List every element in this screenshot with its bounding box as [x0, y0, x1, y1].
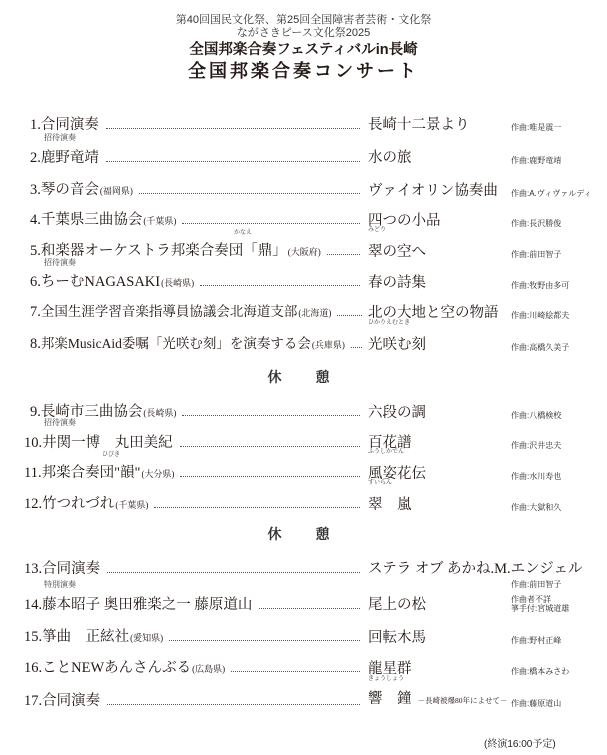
- performer: 合同演奏: [42, 692, 100, 710]
- prefecture: (広島県): [192, 660, 225, 678]
- program-item: 12.竹つれづれ(千葉県) すいらん 翠 嵐 作曲:大獄和久: [30, 490, 607, 514]
- performer: 邦楽合奏団"韻": [42, 464, 141, 482]
- dotted-leader: [182, 222, 360, 224]
- performer: ちーむNAGASAKI: [41, 273, 160, 291]
- composer: 作曲:藤原道山: [511, 699, 561, 709]
- performance-type-tag: 招待演奏: [44, 133, 76, 142]
- program-item: 招待演奏 6.ちーむNAGASAKI(長崎県) 春の詩集 作曲:牧野由多可: [30, 268, 607, 292]
- piece-title: 尾上の松: [368, 596, 426, 614]
- program-item: 4.千葉県三曲協会(千葉県) 四つの小品 作曲:長沢勝俊: [30, 206, 607, 230]
- program-item: 招待演奏 10.井関一博 丸田美紀 百花譜 作曲:沢井忠夫: [30, 428, 607, 452]
- dotted-leader: [107, 703, 360, 705]
- composer: 作曲:前田智子: [511, 250, 561, 260]
- performer-ruby: かなえ: [234, 229, 252, 238]
- prefecture: (千葉県): [115, 496, 148, 514]
- item-number: 14.: [24, 596, 42, 614]
- piece-title: ヴァイオリン協奏曲: [368, 182, 498, 200]
- composer: 作曲:A.ヴィヴァルディ: [511, 189, 592, 199]
- item-number: 16.: [24, 659, 42, 677]
- piece-title: 春の詩集: [368, 274, 426, 292]
- performer: 鹿野竜靖: [41, 149, 99, 167]
- program-list: 1.合同演奏 長崎十二景より 作曲:唯是震一 招待演奏 2.鹿野竜靖 水の旅 作…: [0, 0, 607, 755]
- composer: 作曲:川崎絵都夫: [511, 311, 569, 321]
- piece-title-main: 響 鐘: [368, 691, 412, 707]
- item-number: 15.: [24, 628, 42, 646]
- piece-title: 回転木馬: [368, 629, 426, 647]
- prefecture: (兵庫県): [312, 336, 345, 354]
- program-item: 16.ことNEWあんさんぶる(広島県) 龍星群 作曲:橋本みさわ: [30, 654, 607, 678]
- prefecture: (大阪府): [288, 243, 321, 261]
- item-number: 4.: [30, 211, 41, 229]
- program-item: 15.箏曲 正絃社(愛知県) 回転木馬 作曲:野村正峰: [30, 623, 607, 647]
- composer: 作曲:大獄和久: [511, 503, 561, 513]
- dotted-leader: [337, 314, 362, 316]
- item-number: 1.: [30, 116, 41, 134]
- item-number: 9.: [30, 403, 41, 421]
- dotted-leader: [139, 192, 360, 194]
- item-number: 10.: [24, 434, 42, 452]
- performer: 全国生涯学習音楽指導員協議会北海道支部: [41, 303, 298, 321]
- item-number: 5.: [30, 242, 41, 260]
- arranger: 箏手付:宮城道雄: [511, 604, 569, 613]
- composer: 作曲:沢井忠夫: [511, 441, 561, 451]
- composer: 作曲:高橋久美子: [511, 343, 569, 353]
- item-number: 2.: [30, 149, 41, 167]
- performer: 邦楽MusicAid委嘱「光咲む刻」を演奏する会: [41, 335, 311, 353]
- program-item: 3.琴の音会(福岡県) ヴァイオリン協奏曲 作曲:A.ヴィヴァルディ: [30, 176, 607, 200]
- performer-ruby: ひびき: [102, 451, 120, 460]
- prefecture: (長崎県): [161, 274, 194, 292]
- program-item: 特別演奏 14.藤本昭子 奥田雅楽之一 藤原道山 尾上の松 作曲者不詳 箏手付:…: [30, 590, 607, 614]
- intermission-label: 休 憩: [0, 367, 607, 387]
- performer: 千葉県三曲協会: [41, 211, 143, 229]
- piece-title: 水の旅: [368, 149, 412, 167]
- dotted-leader: [107, 571, 360, 573]
- dotted-leader: [106, 127, 360, 129]
- dotted-leader: [351, 346, 362, 348]
- performer: 竹つれづれ: [42, 495, 114, 513]
- prefecture: (大分県): [141, 465, 174, 483]
- composer: 作曲:水川寿也: [511, 472, 561, 482]
- performance-type-tag: 招待演奏: [44, 258, 76, 267]
- piece-title: 翠の空へ: [368, 243, 426, 261]
- performer: 合同演奏: [42, 560, 100, 578]
- dotted-leader: [106, 160, 360, 162]
- prefecture: (愛知県): [130, 629, 163, 647]
- dotted-leader: [180, 445, 360, 447]
- program-item: 17.合同演奏 きょうしょう 響 鐘－長崎被爆80年によせて－ 作曲:藤原道山: [30, 686, 607, 710]
- dotted-leader: [259, 607, 360, 609]
- performance-type-tag: 招待演奏: [44, 418, 76, 427]
- performer: 箏曲 正絃社: [42, 628, 129, 646]
- piece-title: 長崎十二景より: [368, 116, 470, 134]
- performer: ことNEWあんさんぶる: [42, 659, 191, 677]
- performer: 合同演奏: [41, 116, 99, 134]
- item-number: 7.: [30, 303, 41, 321]
- program-item: 9.長崎市三曲協会(長崎県) 六段の調 作曲:八橋検校: [30, 398, 607, 422]
- item-number: 3.: [30, 181, 41, 199]
- prefecture: (千葉県): [143, 212, 176, 230]
- piece-title: 響 鐘－長崎被爆80年によせて－: [368, 690, 508, 710]
- dotted-leader: [327, 253, 360, 255]
- dotted-leader: [154, 506, 360, 508]
- prefecture: (長崎県): [143, 404, 176, 422]
- performer: 和楽器オーケストラ邦楽合奏団「鼎」: [41, 242, 287, 260]
- item-number: 17.: [24, 692, 42, 710]
- program-item: 1.合同演奏 長崎十二景より 作曲:唯是震一: [30, 110, 607, 134]
- dotted-leader: [231, 670, 360, 672]
- composer: 作曲:八橋検校: [511, 411, 561, 421]
- prefecture: (福岡県): [100, 182, 133, 200]
- item-number: 8.: [30, 335, 41, 353]
- title-ruby: みどり: [368, 227, 386, 234]
- performance-type-tag: 特別演奏: [44, 580, 76, 589]
- prefecture: (北海道): [298, 304, 331, 322]
- dotted-leader: [169, 639, 360, 641]
- composer: 作曲:橋本みさわ: [511, 667, 569, 677]
- dotted-leader: [180, 475, 360, 477]
- end-time-note: (終演16:00予定): [484, 735, 556, 750]
- composer: 作曲:唯是震一: [511, 123, 561, 133]
- composer: 作曲:長沢勝俊: [511, 219, 561, 229]
- performer: 井関一博 丸田美紀: [42, 434, 173, 452]
- program-item: 8.邦楽MusicAid委嘱「光咲む刻」を演奏する会(兵庫県) ひかりえむとき …: [30, 330, 607, 354]
- program-item: 招待演奏 2.鹿野竜靖 水の旅 作曲:鹿野竜靖: [30, 143, 607, 167]
- program-item: 13.合同演奏 ステラ オブ あかね.M.エンジェル 作曲:前田智子: [30, 554, 607, 578]
- composer: 作曲:前田智子: [511, 580, 561, 590]
- piece-title: ステラ オブ あかね.M.エンジェル: [368, 560, 583, 578]
- performer: 琴の音会: [41, 181, 99, 199]
- title-ruby: ひかりえむとき: [368, 320, 410, 327]
- performer: 藤本昭子 奥田雅楽之一 藤原道山: [42, 596, 252, 614]
- item-number: 12.: [24, 495, 42, 513]
- intermission-label: 休 憩: [0, 524, 607, 544]
- title-ruby: すいらん: [368, 480, 392, 487]
- item-number: 13.: [24, 560, 42, 578]
- program-item: ひびき 11.邦楽合奏団"韻"(大分県) ふうしかでん 風姿花伝 作曲:水川寿也: [30, 459, 607, 483]
- title-ruby: ふうしかでん: [368, 449, 404, 456]
- piece-subtitle: －長崎被爆80年によせて－: [418, 696, 508, 705]
- composer: 作曲:鹿野竜靖: [511, 156, 561, 166]
- item-number: 6.: [30, 273, 41, 291]
- item-number: 11.: [24, 464, 42, 482]
- program-item: かなえ 5.和楽器オーケストラ邦楽合奏団「鼎」(大阪府) みどり 翠の空へ 作曲…: [30, 237, 607, 261]
- composer: 作曲:牧野由多可: [511, 281, 569, 291]
- composer: 作曲:野村正峰: [511, 636, 561, 646]
- dotted-leader: [200, 284, 360, 286]
- dotted-leader: [182, 414, 360, 416]
- composer: 作曲者不詳: [511, 595, 551, 604]
- piece-title: 光咲む刻: [368, 336, 426, 354]
- piece-title: 翠 嵐: [368, 496, 412, 514]
- program-item: 7.全国生涯学習音楽指導員協議会北海道支部(北海道) 北の大地と空の物語 作曲:…: [30, 298, 607, 322]
- title-ruby: きょうしょう: [368, 676, 404, 683]
- piece-title: 六段の調: [368, 404, 426, 422]
